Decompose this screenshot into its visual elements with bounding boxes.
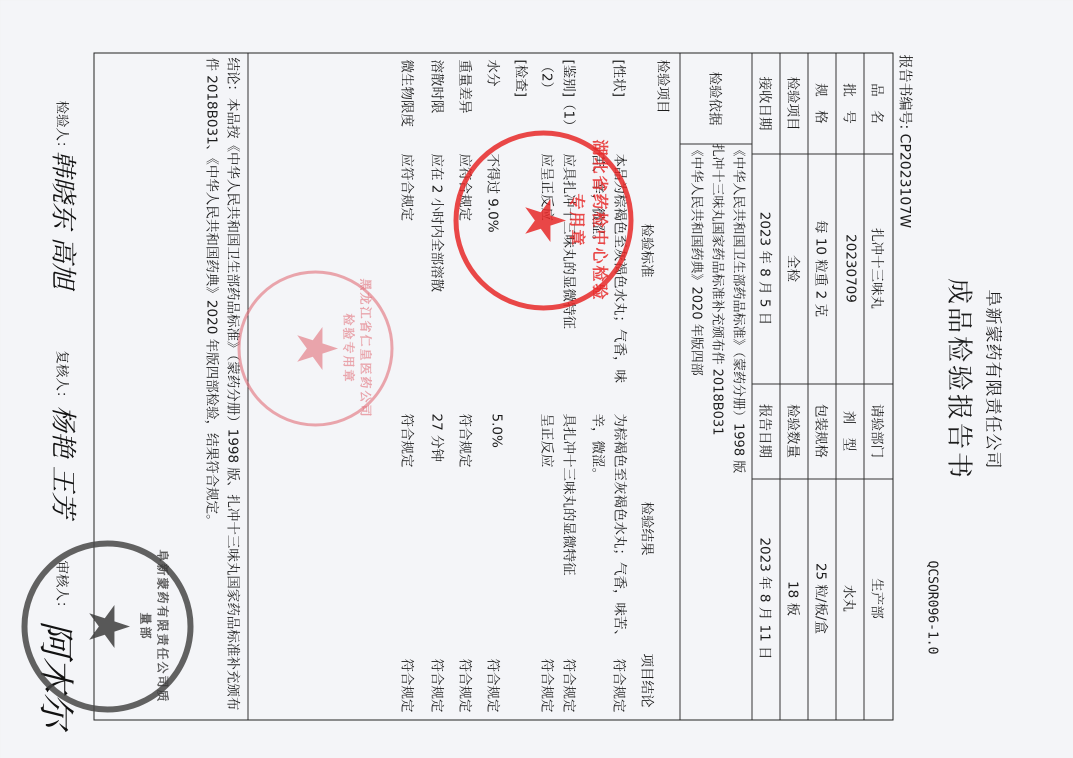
conclusion-text: 结论：本品按《中华人民共和国卫生部药品标准》（蒙药分册）1998 版、扎冲十三味…	[200, 57, 242, 717]
label-batch: 批 号	[836, 53, 864, 153]
result-standard: 应符合规定	[398, 153, 418, 221]
company-name: 阜新蒙药有限责任公司	[982, 0, 1007, 758]
result-value: 符合规定	[398, 413, 418, 467]
result-conclusion: 符合规定	[428, 658, 448, 712]
star-icon: ★	[79, 601, 135, 651]
stamp-text: 黑龙江省仁皇医药公司检验专用章	[340, 273, 374, 423]
result-conclusion: 符合规定	[456, 658, 476, 712]
basis-list: 《中华人民共和国卫生部药品标准》（蒙药分册）1998 版 扎冲十三味丸国家药品标…	[685, 143, 748, 473]
label-report-date: 报告日期	[752, 383, 780, 478]
grey-quality-dept-stamp: 阜新蒙药有限责任公司质量部 ★	[21, 540, 193, 712]
result-item: [鉴别]（1）	[560, 59, 580, 132]
row-spec: 规 格 每 10 粒重 2 克 包装规格 25 粒/板/盒	[807, 53, 836, 719]
result-conclusion: 符合规定	[610, 658, 630, 712]
result-conclusion: 符合规定	[560, 658, 580, 712]
row-basis: 检验依据 《中华人民共和国卫生部药品标准》（蒙药分册）1998 版 扎冲十三味丸…	[679, 53, 752, 719]
results-header-item: 检验项目	[654, 59, 674, 113]
result-value: 符合规定	[456, 413, 476, 467]
result-item: [检查]	[512, 59, 532, 97]
report-number-value: CP2023107W	[896, 133, 912, 227]
label-package: 包装规格	[808, 383, 836, 478]
value-report-date: 2023 年 8 月 11 日	[752, 478, 780, 718]
pink-company-stamp: 黑龙江省仁皇医药公司检验专用章 ★	[237, 270, 393, 426]
label-test-qty: 检验数量	[780, 383, 808, 478]
row-dates: 接收日期 2023 年 8 月 5 日 报告日期 2023 年 8 月 11 日	[751, 53, 780, 719]
stamp-text: 阜新蒙药有限责任公司质量部	[137, 546, 171, 706]
results-header-standard: 检验标准	[638, 223, 658, 277]
result-value: 27 分钟	[428, 413, 448, 461]
result-value: 具扎冲十三味丸的显微特征	[560, 413, 580, 575]
row-product: 品 名 扎冲十三味丸 请验部门 生产部	[863, 53, 892, 719]
report-number: 报告书编号: CP2023107W	[895, 54, 915, 228]
row-batch: 批 号 20230709 剂 型 水丸	[835, 53, 864, 719]
row-test-item: 检验项目 全检 检验数量 18 板	[779, 53, 808, 719]
value-batch: 20230709	[836, 153, 864, 383]
label-test-item: 检验项目	[780, 53, 808, 153]
label-receive-date: 接收日期	[752, 53, 780, 153]
value-package: 25 粒/板/盒	[808, 478, 836, 718]
value-product-name: 扎冲十三味丸	[864, 153, 892, 383]
result-value: 为棕褐色至灰褐色水丸；气香，味苦、辛，微涩。	[586, 413, 630, 643]
value-dept: 生产部	[864, 478, 892, 718]
report-title: 成品检验报告书	[942, 0, 979, 758]
result-conclusion: 符合规定	[398, 658, 418, 712]
basis-line: 扎冲十三味丸国家药品标准补充颁布件 2018B031	[706, 143, 727, 473]
result-conclusion: 符合规定	[538, 658, 558, 712]
value-test-qty: 18 板	[780, 478, 808, 718]
results-header-conclusion: 项目结论	[638, 653, 658, 707]
inspector-label: 检验人：	[53, 100, 73, 154]
form-code: QCSOR096-1.0	[924, 560, 939, 654]
result-item: 水分	[484, 59, 504, 86]
star-icon: ★	[287, 323, 343, 373]
result-value: 5.0%	[488, 413, 504, 447]
value-test-item: 全检	[780, 153, 808, 383]
result-item: 微生物限度	[398, 59, 418, 127]
inspection-report-page: 阜新蒙药有限责任公司 成品检验报告书 报告书编号: CP2023107W QCS…	[0, 0, 1073, 758]
result-standard: 应在 2 小时内全部溶散	[428, 153, 448, 292]
report-number-label: 报告书编号:	[896, 54, 912, 129]
basis-line: 《中华人民共和国卫生部药品标准》（蒙药分册）1998 版	[727, 143, 748, 473]
result-item: 重量差异	[456, 59, 476, 113]
value-receive-date: 2023 年 8 月 5 日	[752, 153, 780, 383]
label-basis: 检验依据	[680, 53, 752, 143]
result-value: 呈正反应	[538, 413, 558, 467]
label-product-name: 品 名	[864, 53, 892, 153]
inspector-signature: 韩晓东 高旭	[46, 150, 83, 288]
label-dosage: 剂 型	[836, 383, 864, 478]
results-header-result: 检验结果	[638, 501, 658, 555]
result-conclusion: 符合规定	[484, 658, 504, 712]
stamp-text: 湖北省药检中心检验专用章	[566, 135, 612, 305]
result-item: 溶散时限	[428, 59, 448, 113]
result-item: （2）	[538, 59, 558, 95]
basis-line: 《中华人民共和国药典》2020 年版四部	[685, 143, 706, 473]
value-spec: 每 10 粒重 2 克	[808, 153, 836, 383]
result-item: [性状]	[610, 59, 630, 97]
label-spec: 规 格	[808, 53, 836, 153]
value-dosage: 水丸	[836, 478, 864, 718]
reviewer-label: 复核人：	[53, 350, 73, 404]
label-dept: 请验部门	[864, 383, 892, 478]
red-inspection-stamp: 湖北省药检中心检验专用章 ★	[453, 130, 633, 310]
star-icon: ★	[515, 195, 571, 245]
reviewer-signature: 杨艳 王芳	[46, 405, 83, 517]
